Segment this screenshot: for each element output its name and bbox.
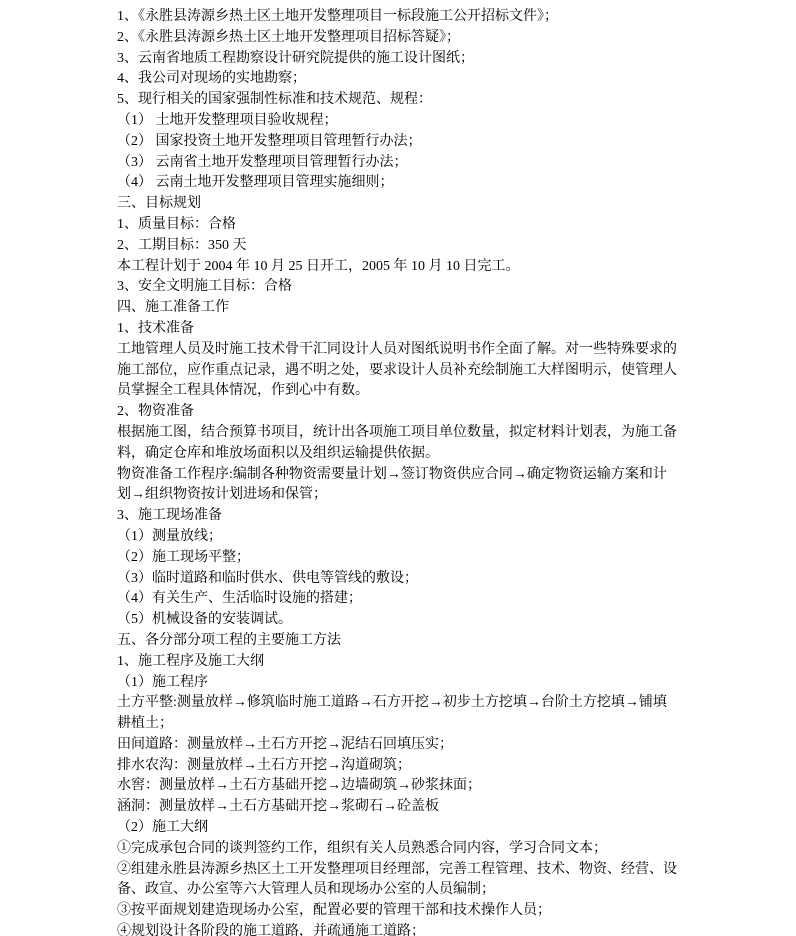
doc-line-9: （4） 云南土地开发整理项目管理实施细则； xyxy=(117,173,789,194)
doc-line-8: （3） 云南省土地开发整理项目管理暂行办法； xyxy=(117,153,789,174)
doc-line-7: （2） 国家投资土地开发整理项目管理暂行办法； xyxy=(117,132,789,153)
doc-line-18: 施工部位，应作重点记录，遇不明之处，要求设计人员补充绘制施工大样图明示，使管理人 xyxy=(117,361,789,382)
doc-line-31: 五、各分部分项工程的主要施工方法 xyxy=(117,631,789,652)
doc-line-36: 田间道路：测量放样→土石方开挖→泥结石回填压实； xyxy=(117,735,789,756)
doc-line-21: 根据施工图，结合预算书项目，统计出各项施工项目单位数量，拟定材料计划表，为施工备 xyxy=(117,423,789,444)
clipped-previous-line: 二、编制依据 xyxy=(117,0,417,3)
doc-line-19: 员掌握全工程具体情况，作到心中有数。 xyxy=(117,381,789,402)
doc-line-33: （1）施工程序 xyxy=(117,673,789,694)
document-page: 二、编制依据 1、《永胜县涛源乡热土区土地开发整理项目一标段施工公开招标文件》；… xyxy=(0,0,796,936)
document-body: 1、《永胜县涛源乡热土区土地开发整理项目一标段施工公开招标文件》；2、《永胜县涛… xyxy=(117,7,789,936)
doc-line-42: ②组建永胜县涛源乡热区土工开发整理项目经理部，完善工程管理、技术、物资、经营、设 xyxy=(117,860,789,881)
doc-line-28: （3）临时道路和临时供水、供电等管线的敷设； xyxy=(117,569,789,590)
doc-line-38: 水窖：测量放样→土石方基础开挖→边墙砌筑→砂浆抹面； xyxy=(117,776,789,797)
doc-line-17: 工地管理人员及时施工技术骨干汇同设计人员对图纸说明书作全面了解。对一些特殊要求的 xyxy=(117,340,789,361)
doc-line-26: （1）测量放线； xyxy=(117,527,789,548)
doc-line-16: 1、技术准备 xyxy=(117,319,789,340)
doc-line-24: 划→组织物资按计划进场和保管； xyxy=(117,485,789,506)
doc-line-5: 5、现行相关的国家强制性标准和技术规范、规程： xyxy=(117,90,789,111)
doc-line-35: 耕植土； xyxy=(117,714,789,735)
doc-line-10: 三、目标规划 xyxy=(117,194,789,215)
doc-line-2: 2、《永胜县涛源乡热土区土地开发整理项目招标答疑》； xyxy=(117,28,789,49)
doc-line-39: 涵洞：测量放样→土石方基础开挖→浆砌石→砼盖板 xyxy=(117,797,789,818)
doc-line-27: （2）施工现场平整； xyxy=(117,548,789,569)
doc-line-29: （4）有关生产、生活临时设施的搭建； xyxy=(117,589,789,610)
doc-line-34: 土方平整:测量放样→修筑临时施工道路→石方开挖→初步土方挖填→台阶土方挖填→铺填 xyxy=(117,693,789,714)
doc-line-14: 3、安全文明施工目标：合格 xyxy=(117,277,789,298)
doc-line-4: 4、我公司对现场的实地勘察； xyxy=(117,69,789,90)
doc-line-40: （2）施工大纲 xyxy=(117,818,789,839)
doc-line-44: ③按平面规划建造现场办公室，配置必要的管理干部和技术操作人员； xyxy=(117,901,789,922)
doc-line-12: 2、工期目标：350 天 xyxy=(117,236,789,257)
doc-line-15: 四、施工准备工作 xyxy=(117,298,789,319)
doc-line-43: 备、政宣、办公室等六大管理人员和现场办公室的人员编制； xyxy=(117,880,789,901)
doc-line-22: 料，确定仓库和堆放场面积以及组织运输提供依据。 xyxy=(117,444,789,465)
doc-line-41: ①完成承包合同的谈判签约工作，组织有关人员熟悉合同内容，学习合同文本； xyxy=(117,839,789,860)
doc-line-23: 物资准备工作程序:编制各种物资需要量计划→签订物资供应合同→确定物资运输方案和计 xyxy=(117,465,789,486)
clipped-previous-line-text: 二、编制依据 xyxy=(117,0,417,3)
doc-line-3: 3、云南省地质工程勘察设计研究院提供的施工设计图纸； xyxy=(117,49,789,70)
doc-line-13: 本工程计划于 2004 年 10 月 25 日开工，2005 年 10 月 10… xyxy=(117,257,789,278)
doc-line-37: 排水农沟：测量放样→土石方开挖→沟道砌筑； xyxy=(117,756,789,777)
doc-line-32: 1、施工程序及施工大纲 xyxy=(117,652,789,673)
doc-line-45: ④规划设计各阶段的施工道路，并疏通施工道路； xyxy=(117,922,789,936)
doc-line-1: 1、《永胜县涛源乡热土区土地开发整理项目一标段施工公开招标文件》； xyxy=(117,7,789,28)
doc-line-6: （1） 土地开发整理项目验收规程； xyxy=(117,111,789,132)
doc-line-30: （5）机械设备的安装调试。 xyxy=(117,610,789,631)
doc-line-25: 3、施工现场准备 xyxy=(117,506,789,527)
doc-line-11: 1、质量目标：合格 xyxy=(117,215,789,236)
doc-line-20: 2、物资准备 xyxy=(117,402,789,423)
